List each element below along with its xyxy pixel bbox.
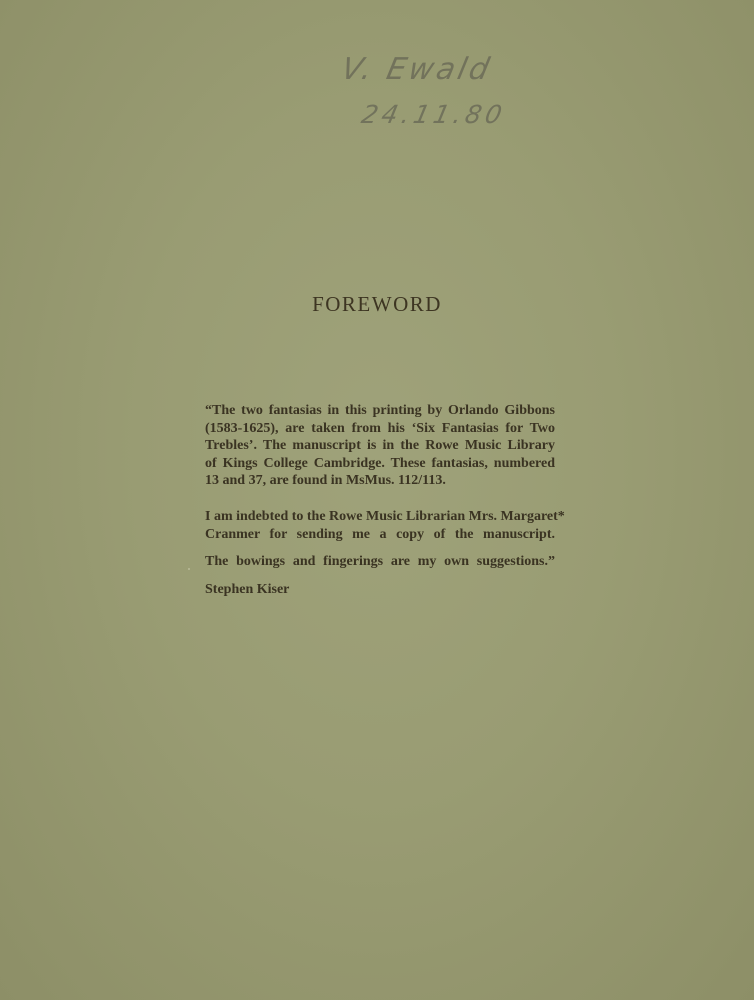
text-line: The bowings and fingerings are my own su… — [205, 553, 555, 571]
text-line: (1583-1625), are taken from his ‘Six Fan… — [205, 420, 555, 438]
foreword-paragraph-3: The bowings and fingerings are my own su… — [205, 553, 555, 571]
paper-speck — [188, 568, 190, 570]
text-line: Cranmer for sending me a copy of the man… — [205, 526, 555, 544]
text-line: of Kings College Cambridge. These fantas… — [205, 455, 555, 473]
text-line: “The two fantasias in this printing by O… — [205, 402, 555, 420]
handwritten-date: 24.11.80 — [359, 100, 508, 129]
handwritten-owner-name: V. Ewald — [338, 52, 495, 87]
page-title: FOREWORD — [0, 292, 754, 317]
text-line: Trebles’. The manuscript is in the Rowe … — [205, 437, 555, 455]
text-line: 13 and 37, are found in MsMus. 112/113. — [205, 472, 555, 490]
author-signature: Stephen Kiser — [205, 581, 555, 599]
foreword-paragraph-2: I am indebted to the Rowe Music Libraria… — [205, 508, 555, 543]
text-line: I am indebted to the Rowe Music Libraria… — [205, 508, 555, 526]
foreword-paragraph-1: “The two fantasias in this printing by O… — [205, 402, 555, 490]
